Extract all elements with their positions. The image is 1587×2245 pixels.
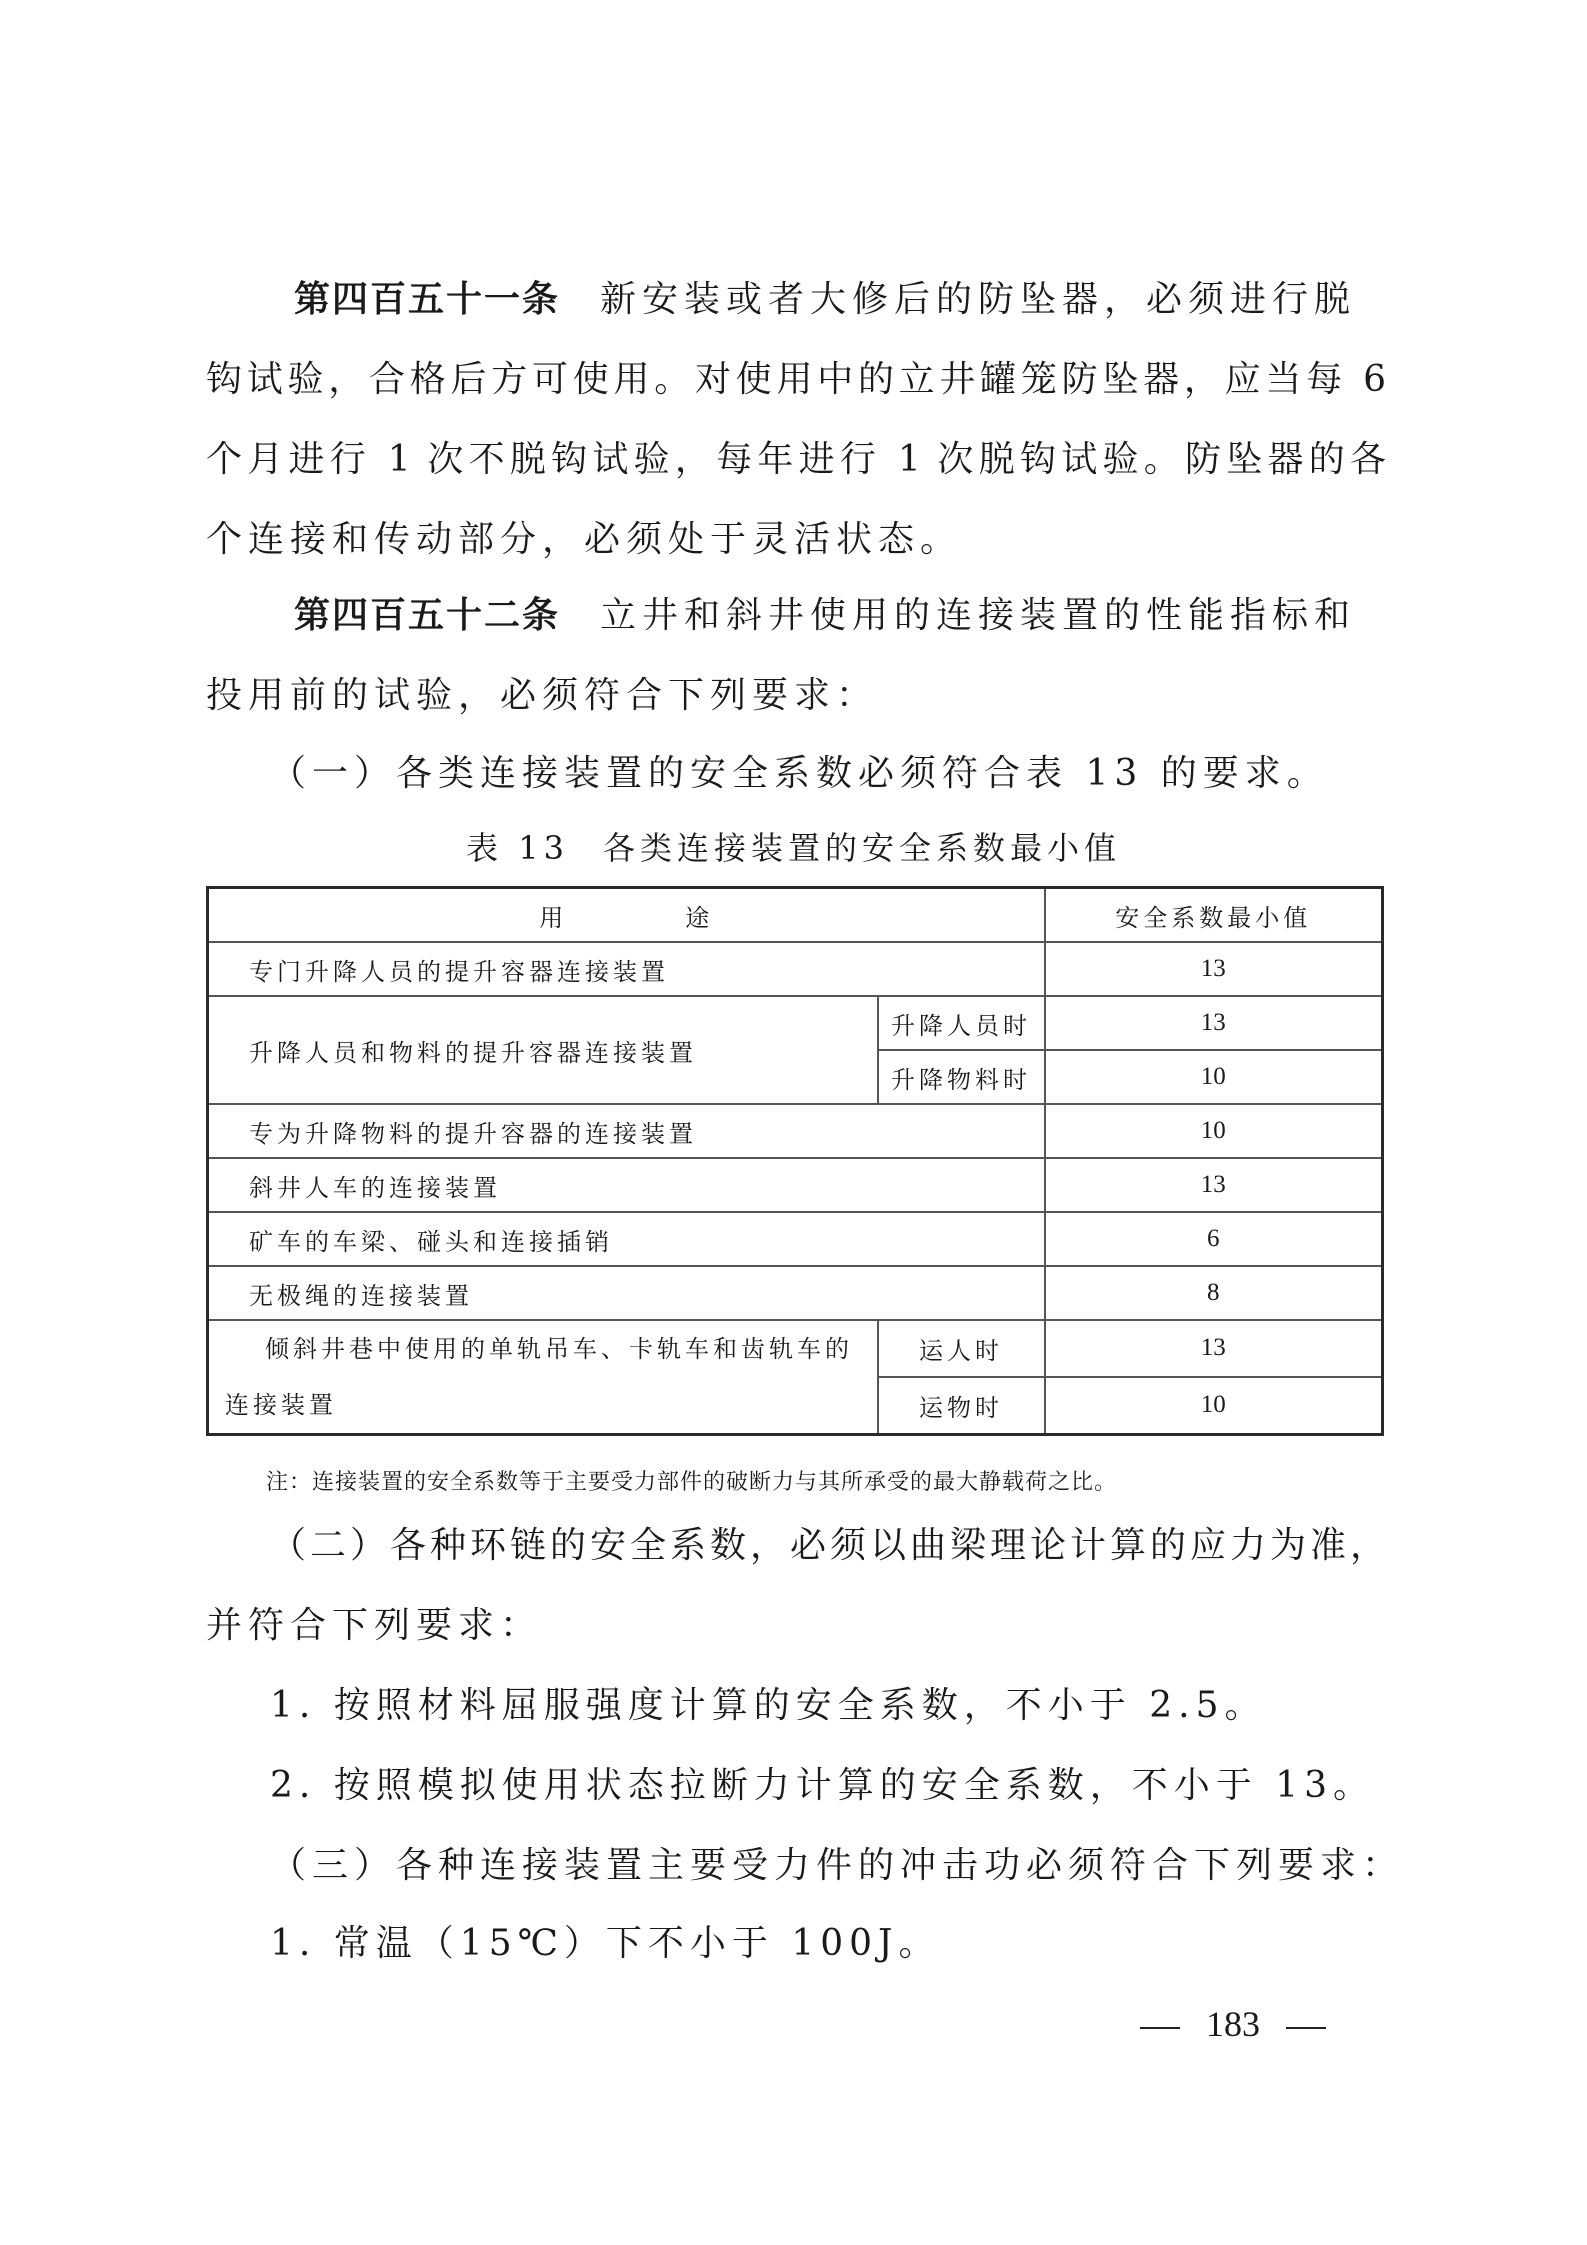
header-use-char-1: 用 — [539, 898, 567, 933]
header-value: 安全系数最小值 — [1045, 888, 1383, 943]
row-use: 专门升降人员的提升容器连接装置 — [208, 942, 1045, 996]
row-value: 13 — [1045, 1158, 1383, 1212]
table-row: 专为升降物料的提升容器的连接装置 10 — [208, 1104, 1383, 1158]
article-452-line-2: 投用前的试验，必须符合下列要求： — [206, 672, 1386, 720]
table-row: 无极绳的连接装置 8 — [208, 1266, 1383, 1320]
article-452-number: 第四百五十二条 — [294, 595, 560, 636]
article-451-number: 第四百五十一条 — [294, 279, 560, 320]
item-3-sub-1: 1. 常温（15℃）下不小于 100J。 — [270, 1920, 1450, 1968]
header-use-char-2: 途 — [685, 898, 713, 933]
article-451-line-3: 个月进行 1 次不脱钩试验，每年进行 1 次脱钩试验。防坠器的各 — [206, 436, 1386, 484]
item-3-line: （三）各种连接装置主要受力件的冲击功必须符合下列要求： — [270, 1842, 1450, 1890]
page-number-value: 183 — [1206, 2000, 1260, 2048]
article-451-line-4: 个连接和传动部分，必须处于灵活状态。 — [206, 516, 1386, 564]
article-452-line-1: 第四百五十二条立井和斜井使用的连接装置的性能指标和 — [294, 592, 1474, 640]
article-452-text-1: 立井和斜井使用的连接装置的性能指标和 — [600, 595, 1356, 636]
row-value: 13 — [1045, 1320, 1383, 1377]
row-sub-label: 运人时 — [878, 1320, 1045, 1377]
row-value: 8 — [1045, 1266, 1383, 1320]
row-use: 专为升降物料的提升容器的连接装置 — [208, 1104, 1045, 1158]
article-451-line-2: 钩试验，合格后方可使用。对使用中的立井罐笼防坠器，应当每 6 — [206, 356, 1386, 404]
row-sub-label: 升降物料时 — [878, 1050, 1045, 1104]
safety-factor-table: 用途 安全系数最小值 专门升降人员的提升容器连接装置 13 升降人员和物料的提升… — [206, 886, 1384, 1436]
item-1: （一）各类连接装置的安全系数必须符合表 13 的要求。 — [270, 750, 1450, 798]
row-use: 倾斜井巷中使用的单轨吊车、卡轨车和齿轨车的连接装置 — [208, 1320, 878, 1435]
table-row: 倾斜井巷中使用的单轨吊车、卡轨车和齿轨车的连接装置 运人时 13 — [208, 1320, 1383, 1377]
dash-right — [1286, 2027, 1326, 2029]
row-value: 13 — [1045, 942, 1383, 996]
row-sub-label: 升降人员时 — [878, 996, 1045, 1050]
row-value: 6 — [1045, 1212, 1383, 1266]
row-use: 斜井人车的连接装置 — [208, 1158, 1045, 1212]
row-value: 13 — [1045, 996, 1383, 1050]
table-caption-title: 各类连接装置的安全系数最小值 — [603, 829, 1121, 867]
article-451-text-1: 新安装或者大修后的防坠器，必须进行脱 — [600, 279, 1356, 320]
item-2-sub-2: 2. 按照模拟使用状态拉断力计算的安全系数，不小于 13。 — [270, 1762, 1450, 1810]
row-use: 无极绳的连接装置 — [208, 1266, 1045, 1320]
page-number: 183 — [1140, 2000, 1326, 2048]
table-row: 升降人员和物料的提升容器连接装置 升降人员时 13 — [208, 996, 1383, 1050]
table-caption: 表 13各类连接装置的安全系数最小值 — [0, 826, 1587, 870]
row-value: 10 — [1045, 1377, 1383, 1435]
row-use: 矿车的车梁、碰头和连接插销 — [208, 1212, 1045, 1266]
article-451-line-1: 第四百五十一条新安装或者大修后的防坠器，必须进行脱 — [294, 276, 1474, 324]
table-note: 注：连接装置的安全系数等于主要受力部件的破断力与其所承受的最大静载荷之比。 — [266, 1468, 1117, 1498]
item-2-line-1: （二）各种环链的安全系数，必须以曲梁理论计算的应力为准， — [270, 1522, 1386, 1570]
dash-left — [1140, 2027, 1180, 2029]
row-value: 10 — [1045, 1104, 1383, 1158]
row-sub-label: 运物时 — [878, 1377, 1045, 1435]
header-use: 用途 — [208, 888, 1045, 943]
table-row: 专门升降人员的提升容器连接装置 13 — [208, 942, 1383, 996]
item-2-line-2: 并符合下列要求： — [206, 1602, 1386, 1650]
table-caption-label: 表 13 — [466, 829, 569, 867]
item-2-sub-1: 1. 按照材料屈服强度计算的安全系数，不小于 2.5。 — [270, 1682, 1450, 1730]
table-row: 矿车的车梁、碰头和连接插销 6 — [208, 1212, 1383, 1266]
table-row: 斜井人车的连接装置 13 — [208, 1158, 1383, 1212]
row-value: 10 — [1045, 1050, 1383, 1104]
row-use: 升降人员和物料的提升容器连接装置 — [208, 996, 878, 1104]
table-header-row: 用途 安全系数最小值 — [208, 888, 1383, 943]
